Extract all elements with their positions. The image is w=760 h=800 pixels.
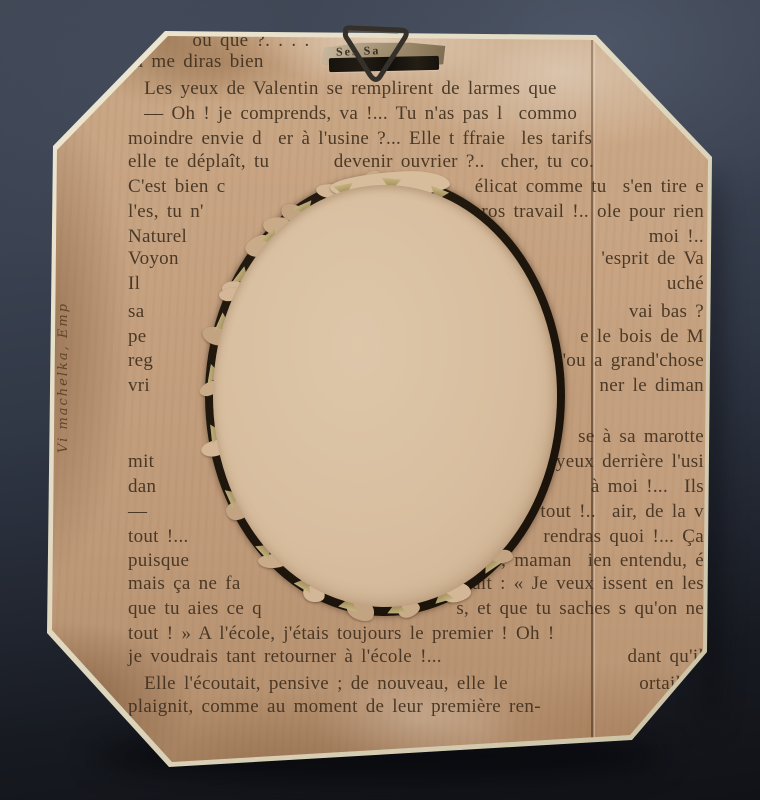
hanging-loop-icon bbox=[330, 18, 422, 90]
oval-cardboard-backing bbox=[213, 185, 557, 607]
line-right-fragment: penses ? bbox=[635, 52, 704, 71]
handwritten-inscription: Vi machelka, Emp bbox=[56, 248, 71, 453]
line-right-fragment: p . bbox=[681, 31, 704, 50]
photo-frame-back-scene: ou que ?. . . .p .tu me diras bienpenses… bbox=[0, 0, 760, 800]
backing-paper-octagon: ou que ?. . . .p .tu me diras bienpenses… bbox=[0, 0, 760, 800]
